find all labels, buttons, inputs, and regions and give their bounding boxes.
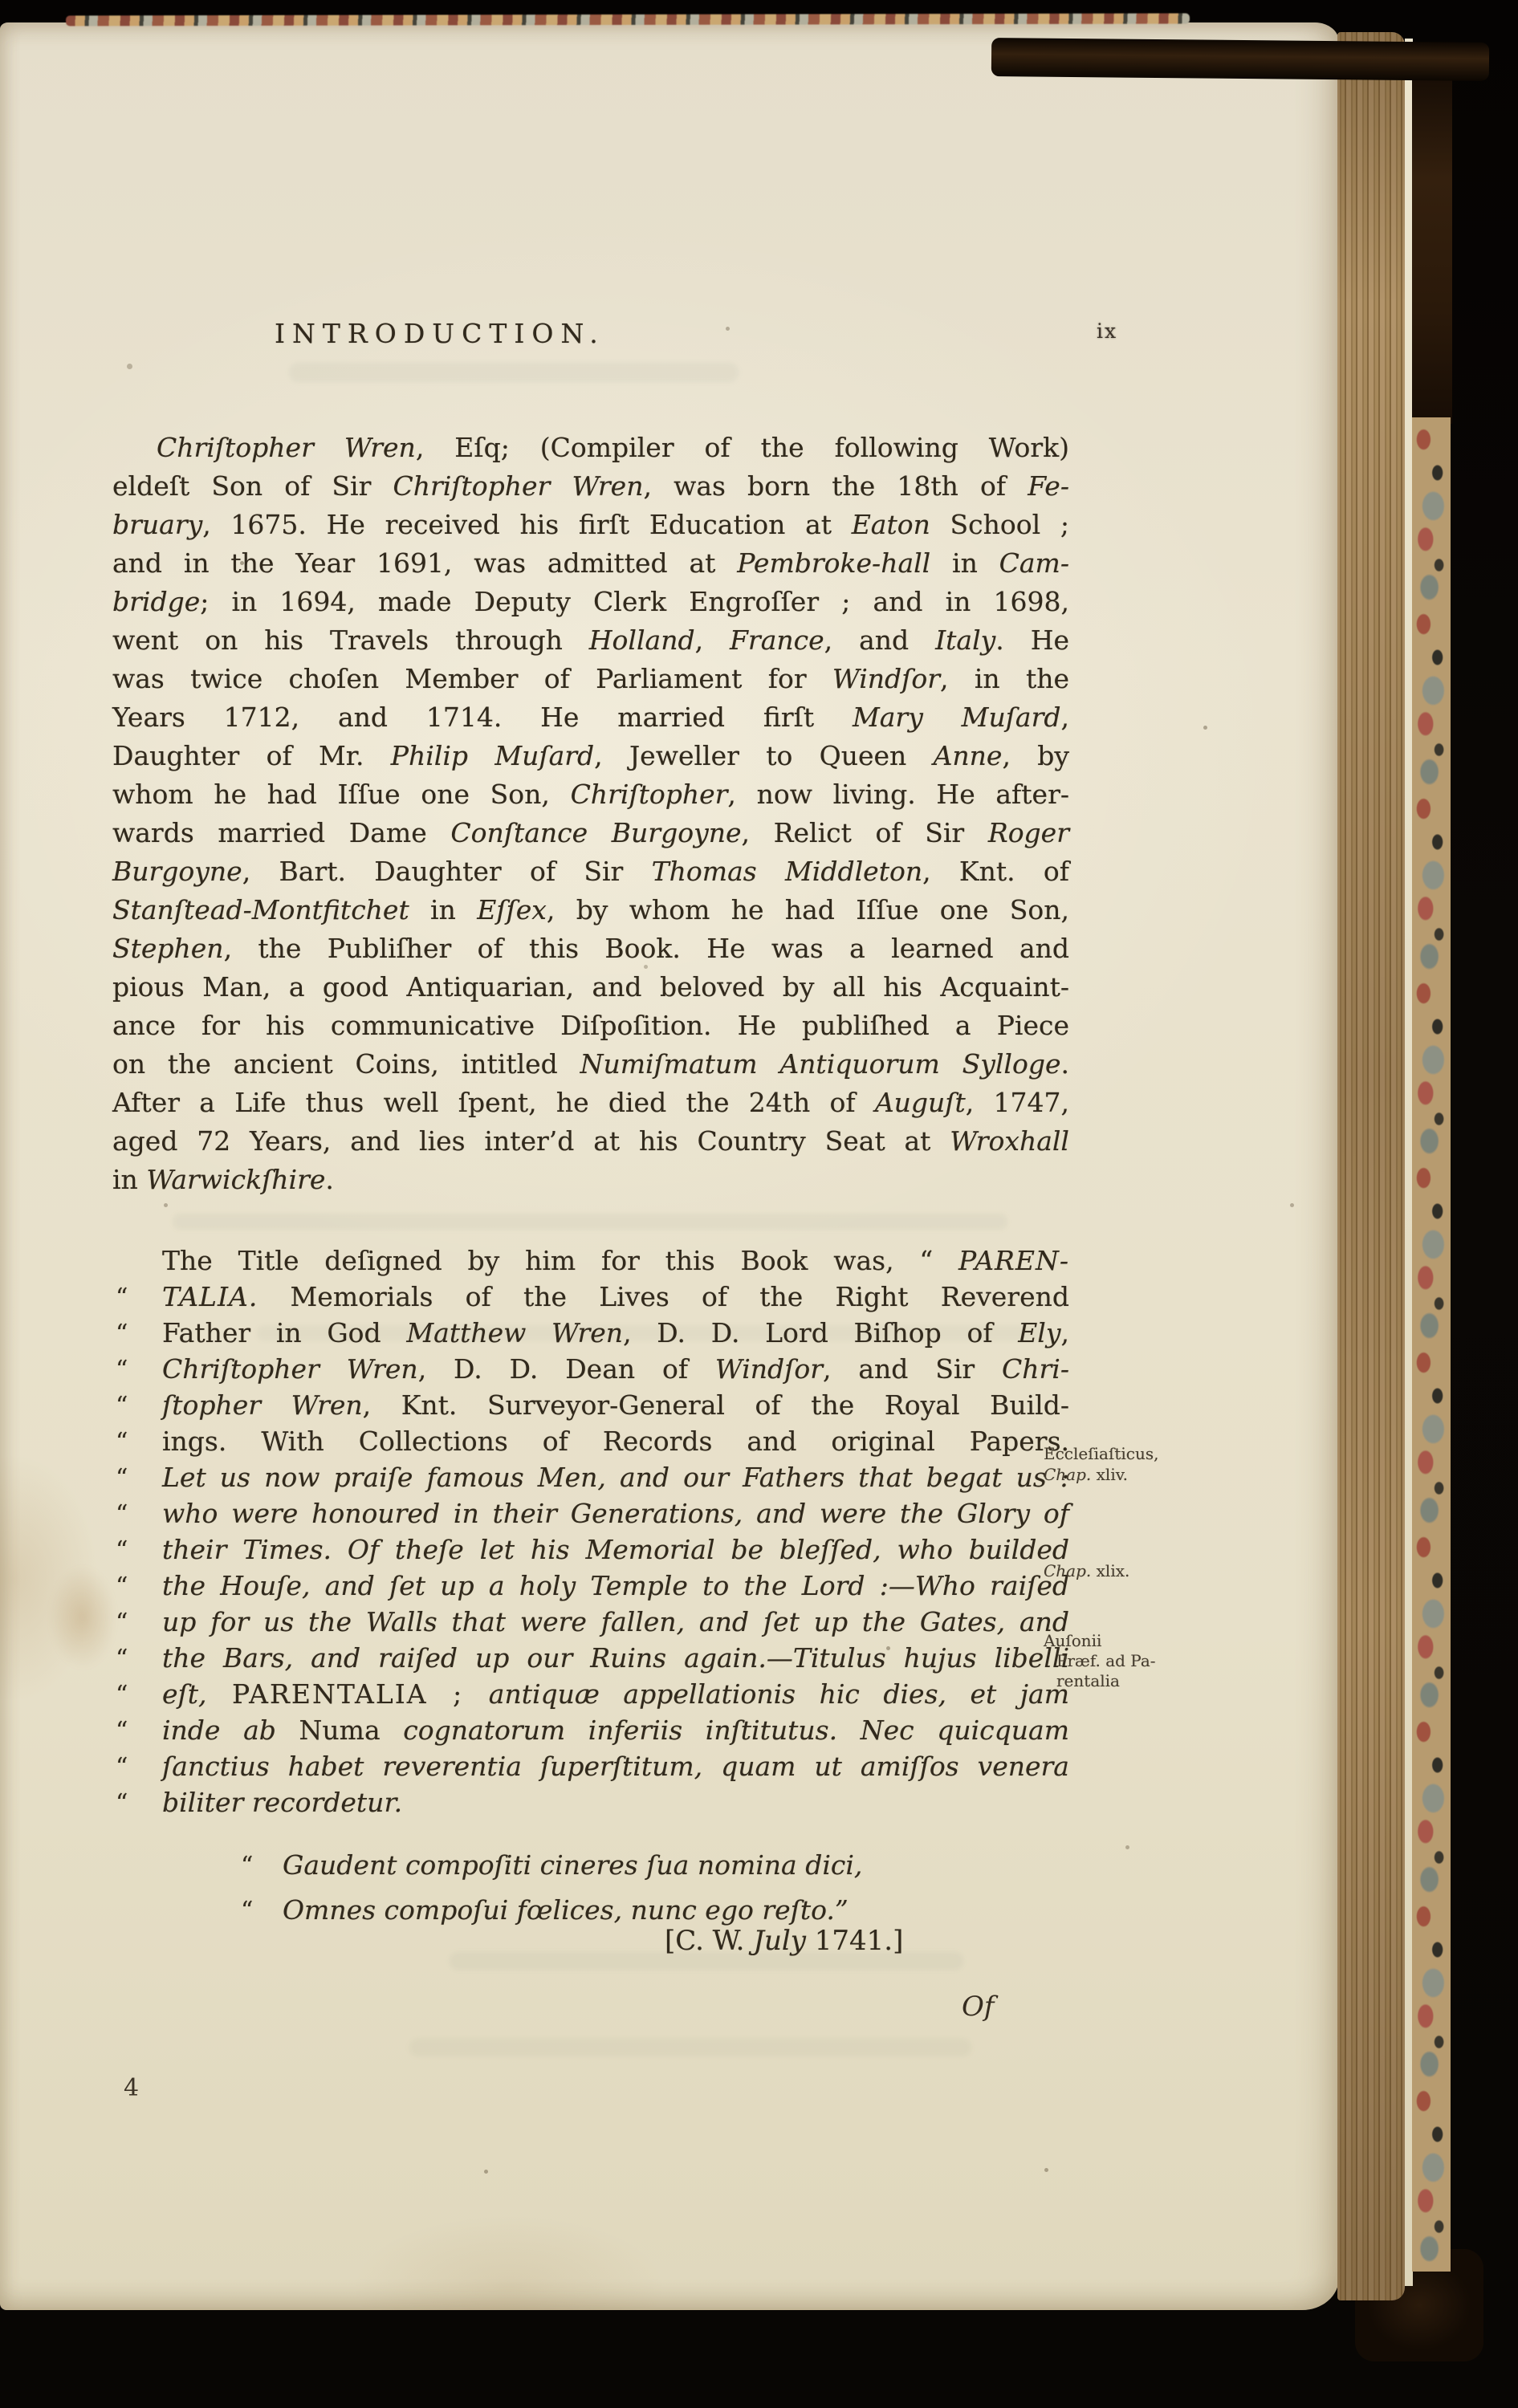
text-segment: PARENTALIA ; (207, 1678, 489, 1710)
text-segment: Chriſtopher Wren (162, 1353, 418, 1385)
catchword: Of (962, 1991, 994, 2023)
text-segment: ſtopher Wren (162, 1389, 363, 1421)
show-through-ghost-text (409, 2039, 971, 2056)
text-segment: Fe- (1028, 470, 1069, 502)
text-segment: on the ancient Coins, intitled (112, 1048, 580, 1080)
text-segment: , now living. He after- (727, 779, 1069, 810)
text-line: eldeſt Son of Sir Chriſtopher Wren, was … (112, 467, 1069, 506)
text-segment: , and (824, 624, 935, 656)
text-line: was twice choſen Member of Parliament fo… (112, 660, 1069, 698)
text-segment: . (325, 1164, 334, 1195)
text-segment: Thomas Middleton (652, 856, 922, 887)
text-segment: TALIA. (162, 1281, 258, 1312)
text-segment: Holland (589, 624, 695, 656)
quotation-mark: “ (241, 1889, 251, 1934)
text-segment: in (409, 894, 477, 925)
text-line: Stephen, the Publiſher of this Book. He … (112, 929, 1069, 968)
text-segment: Auguſt (875, 1087, 966, 1118)
text-line: “the Houſe, and ſet up a holy Temple to … (112, 1568, 1069, 1604)
quotation-mark: “ (116, 1279, 126, 1316)
quotation-mark: “ (116, 1785, 126, 1821)
quotation-mark: “ (241, 1844, 251, 1889)
text-segment: , and Sir (823, 1353, 1002, 1385)
text-segment: Auſonii (1044, 1631, 1101, 1650)
text-line: on the ancient Coins, intitled Numiſmatu… (112, 1045, 1069, 1084)
text-segment: After a Life thus well ſpent, he died th… (112, 1087, 875, 1118)
margin-note-ecclesiasticus: Eccleſiaſticus,Chap. xliv. (1044, 1443, 1188, 1485)
text-segment: , 1675. He received his firſt Education … (202, 509, 851, 540)
text-line: Chap. xliv. (1044, 1464, 1188, 1485)
paper-specks (0, 0, 2, 2)
text-segment: ſanctius habet reverentia ſuperſtitum, q… (162, 1751, 1069, 1782)
quotation-mark: “ (116, 1677, 126, 1713)
text-segment: whom he had Iſſue one Son, (112, 779, 571, 810)
paragraph-biography: Chriſtopher Wren, Eſq; (Compiler of the … (112, 429, 1069, 1199)
text-segment: and in the Year 1691, was admitted at (112, 547, 737, 579)
show-through-ghost-text (289, 363, 739, 382)
text-line: After a Life thus well ſpent, he died th… (112, 1084, 1069, 1122)
text-segment: aged 72 Years, and lies inter’d at his C… (112, 1125, 950, 1157)
signature-number: 4 (124, 2074, 139, 2102)
text-line: pious Man, a good Antiquarian, and belov… (112, 968, 1069, 1007)
text-segment: Chriſtopher Wren (393, 470, 643, 502)
text-segment: , by whom he had Iſſue one Son, (547, 894, 1069, 925)
text-segment: eldeſt Son of Sir (112, 470, 393, 502)
text-segment: , the Publiſher of this Book. He was a l… (224, 933, 1069, 964)
text-line: went on his Travels through Holland, Fra… (112, 621, 1069, 660)
text-line: “Chriſtopher Wren, D. D. Dean of Windſor… (112, 1351, 1069, 1387)
text-segment: Stephen (112, 933, 224, 964)
text-segment: pious Man, a good Antiquarian, and belov… (112, 971, 1069, 1003)
text-segment: , Knt. of (922, 856, 1069, 887)
verse-couplet: “Gaudent compoſiti cineres ſua nomina di… (241, 1843, 963, 1933)
text-segment: , Knt. Surveyor-General of the Royal Bui… (363, 1389, 1069, 1421)
text-segment: antiquæ appellationis hic dies, et jam (489, 1678, 1069, 1710)
text-segment: Anne (934, 740, 1003, 771)
text-segment: , (695, 624, 730, 656)
text-segment: Burgoyne (112, 856, 242, 887)
text-segment: Gaudent compoſiti cineres ſua nomina dic… (283, 1849, 862, 1881)
text-segment: , D. D. Dean of (418, 1353, 715, 1385)
text-segment: was twice choſen Member of Parliament fo… (112, 663, 832, 694)
text-line: wards married Dame Conſtance Burgoyne, R… (112, 814, 1069, 852)
text-segment: up for us the Walls that were fallen, an… (162, 1606, 1069, 1637)
text-segment: , in the (940, 663, 1069, 694)
text-line: Chriſtopher Wren, Eſq; (Compiler of the … (112, 429, 1069, 467)
text-line: whom he had Iſſue one Son, Chriſtopher, … (112, 775, 1069, 814)
text-segment: School ; (930, 509, 1069, 540)
text-line: Eccleſiaſticus, (1044, 1443, 1188, 1464)
text-segment: Pembroke-hall (737, 547, 930, 579)
text-line: “Father in God Matthew Wren, D. D. Lord … (112, 1315, 1069, 1351)
text-segment: Years 1712, and 1714. He married firſt (112, 702, 853, 733)
page-header-title: INTRODUCTION. (275, 318, 605, 349)
text-segment: rentalia (1056, 1671, 1120, 1690)
quotation-mark: “ (116, 1641, 126, 1677)
text-line: and in the Year 1691, was admitted at Pe… (112, 544, 1069, 583)
text-line: “their Times. Of theſe let his Memorial … (112, 1531, 1069, 1568)
text-line: “who were honoured in their Generations,… (112, 1495, 1069, 1531)
text-segment: , (1061, 1317, 1070, 1348)
leather-binding-top-right (991, 38, 1489, 81)
text-line: ance for his communicative Diſpoſition. … (112, 1007, 1069, 1045)
text-segment: bridge (112, 586, 200, 617)
text-line: bruary, 1675. He received his firſt Educ… (112, 506, 1069, 544)
text-segment: July (753, 1925, 806, 1957)
text-line: The Title deſigned by him for this Book … (112, 1243, 1069, 1279)
book-scan: INTRODUCTION. ix Chriſtopher Wren, Eſq; … (0, 0, 1518, 2408)
text-segment: [C. W. (665, 1925, 753, 1957)
text-segment: , Eſq; (Compiler of the following Work) (416, 432, 1069, 463)
quotation-mark: “ (116, 1532, 126, 1568)
text-line: “ſtopher Wren, Knt. Surveyor-General of … (112, 1387, 1069, 1423)
text-line: “TALIA. Memorials of the Lives of the Ri… (112, 1279, 1069, 1315)
text-line: “ings. With Collections of Records and o… (112, 1423, 1069, 1459)
page-number: ix (1097, 319, 1117, 343)
text-segment: Daughter of Mr. (112, 740, 391, 771)
text-line: Daughter of Mr. Philip Muſard, Jeweller … (112, 737, 1069, 775)
text-segment: Philip Muſard (391, 740, 594, 771)
text-line: aged 72 Years, and lies inter’d at his C… (112, 1122, 1069, 1161)
text-segment: Stanſtead-Montfitchet (112, 894, 409, 925)
text-segment: the Houſe, and ſet up a holy Temple to t… (162, 1570, 1069, 1601)
leather-binding-right (1412, 47, 1452, 424)
text-line: Auſonii (1044, 1631, 1188, 1651)
show-through-ghost-text (173, 1214, 1007, 1230)
text-line: “inde ab Numa cognatorum inferiis inſtit… (112, 1712, 1069, 1748)
quotation-mark: “ (116, 1568, 126, 1605)
text-segment: Chriſtopher (571, 779, 728, 810)
text-line: in Warwickſhire. (112, 1161, 1069, 1199)
text-segment: Warwickſhire (146, 1164, 325, 1195)
text-segment: The Title deſigned by him for this Book … (162, 1245, 958, 1276)
text-segment: in (112, 1164, 146, 1195)
text-segment: , (1061, 702, 1070, 733)
text-segment: cognatorum inferiis inſtitutus. Nec quic… (403, 1714, 1069, 1746)
text-line: Burgoyne, Bart. Daughter of Sir Thomas M… (112, 852, 1069, 891)
text-segment: , Relict of Sir (742, 817, 988, 848)
text-segment: Chri- (1002, 1353, 1069, 1385)
text-segment: wards married Dame (112, 817, 450, 848)
quotation-mark: “ (116, 1460, 126, 1496)
quotation-mark: “ (116, 1496, 126, 1532)
text-line: “the Bars, and raiſed up our Ruins again… (112, 1640, 1069, 1676)
text-line: “Let us now praiſe famous Men, and our F… (112, 1459, 1069, 1495)
text-line: “eſt, PARENTALIA ; antiquæ appellationis… (112, 1676, 1069, 1712)
text-segment: Mary Muſard (853, 702, 1061, 733)
text-segment: . He (995, 624, 1069, 656)
text-line: rentalia (1044, 1671, 1188, 1691)
text-segment: eſt, (162, 1678, 207, 1710)
text-line: bridge; in 1694, made Deputy Clerk Engro… (112, 583, 1069, 621)
text-segment: Conſtance Burgoyne (450, 817, 741, 848)
text-segment: inde ab (162, 1714, 299, 1746)
text-segment: biliter recordetur. (162, 1787, 402, 1818)
text-segment: bruary (112, 509, 202, 540)
text-segment: Roger (988, 817, 1069, 848)
text-line: “up for us the Walls that were fallen, a… (112, 1604, 1069, 1640)
text-segment: Ely (1018, 1317, 1060, 1348)
text-segment: Præf. ad Pa- (1056, 1651, 1156, 1670)
text-segment: Let us now praiſe famous Men, and our Fa… (162, 1462, 1069, 1493)
paragraph-title-quotation: The Title deſigned by him for this Book … (112, 1243, 1069, 1820)
text-line: “biliter recordetur. (112, 1784, 1069, 1820)
quotation-mark: “ (116, 1605, 126, 1641)
text-line: [C. W. July 1741.] (665, 1923, 1066, 1959)
text-segment: the Bars, and raiſed up our Ruins again.… (162, 1642, 1069, 1674)
text-segment: , was born the 18th of (643, 470, 1028, 502)
text-segment: Eſſex (477, 894, 547, 925)
margin-note-ausonii: AuſoniiPræf. ad Pa-rentalia (1044, 1631, 1188, 1691)
text-segment: Windſor (832, 663, 940, 694)
text-segment: Chap. (1044, 1465, 1091, 1484)
text-segment: . (1061, 1048, 1070, 1080)
text-segment: Memorials of the Lives of the Right Reve… (258, 1281, 1069, 1312)
text-line: Præf. ad Pa- (1044, 1651, 1188, 1671)
text-segment: Italy (935, 624, 995, 656)
text-segment: Chriſtopher Wren (157, 432, 416, 463)
text-segment: went on his Travels through (112, 624, 589, 656)
text-segment: their Times. Of theſe let his Memorial b… (162, 1534, 1069, 1565)
text-segment: Father in God (162, 1317, 406, 1348)
text-segment: Matthew Wren (406, 1317, 623, 1348)
quotation-mark: “ (116, 1316, 126, 1352)
text-segment: ings. With Collections of Records and or… (162, 1426, 1069, 1457)
quotation-mark: “ (116, 1713, 126, 1749)
text-segment: , D. D. Lord Biſhop of (623, 1317, 1018, 1348)
text-line: “Gaudent compoſiti cineres ſua nomina di… (241, 1843, 963, 1888)
text-segment: Cam- (999, 547, 1069, 579)
text-segment: Numa (299, 1714, 404, 1746)
text-line: Years 1712, and 1714. He married firſt M… (112, 698, 1069, 737)
text-segment: Numiſmatum Antiquorum Sylloge (580, 1048, 1061, 1080)
book-fore-edge-pages (1337, 32, 1405, 2300)
marbled-endpaper-edge (1412, 417, 1451, 2272)
text-line: “ſanctius habet reverentia ſuperſtitum, … (112, 1748, 1069, 1784)
text-segment: Eaton (852, 509, 930, 540)
text-segment: PAREN- (958, 1245, 1069, 1276)
text-line: Chap. xlix. (1044, 1560, 1188, 1581)
margin-note-chap-xlix: Chap. xlix. (1044, 1560, 1188, 1581)
text-segment: , Jeweller to Queen (594, 740, 933, 771)
text-segment: Omnes compoſui fœlices, nunc ego reſto.” (283, 1894, 849, 1926)
text-segment: Eccleſiaſticus, (1044, 1444, 1159, 1463)
text-segment: in (930, 547, 999, 579)
text-segment: , by (1002, 740, 1069, 771)
text-segment: France (730, 624, 824, 656)
text-segment: Windſor (715, 1353, 823, 1385)
quotation-mark: “ (116, 1749, 126, 1785)
quotation-mark: “ (116, 1424, 126, 1460)
text-segment: Chap. (1044, 1561, 1091, 1580)
text-segment: , Bart. Daughter of Sir (242, 856, 652, 887)
quotation-mark: “ (116, 1352, 126, 1388)
text-segment: xlix. (1091, 1561, 1129, 1580)
text-segment: xliv. (1091, 1465, 1128, 1484)
text-line: Stanſtead-Montfitchet in Eſſex, by whom … (112, 891, 1069, 929)
attribution-line: [C. W. July 1741.] (665, 1923, 1066, 1959)
quotation-mark: “ (116, 1388, 126, 1424)
text-segment: ance for his communicative Diſpoſition. … (112, 1010, 1069, 1041)
text-segment: who were honoured in their Generations, … (162, 1498, 1069, 1529)
text-segment: 1741.] (806, 1925, 903, 1957)
text-segment: , 1747, (966, 1087, 1069, 1118)
text-segment: Wroxhall (950, 1125, 1069, 1157)
text-segment: ; in 1694, made Deputy Clerk Engroſſer ;… (200, 586, 1069, 617)
